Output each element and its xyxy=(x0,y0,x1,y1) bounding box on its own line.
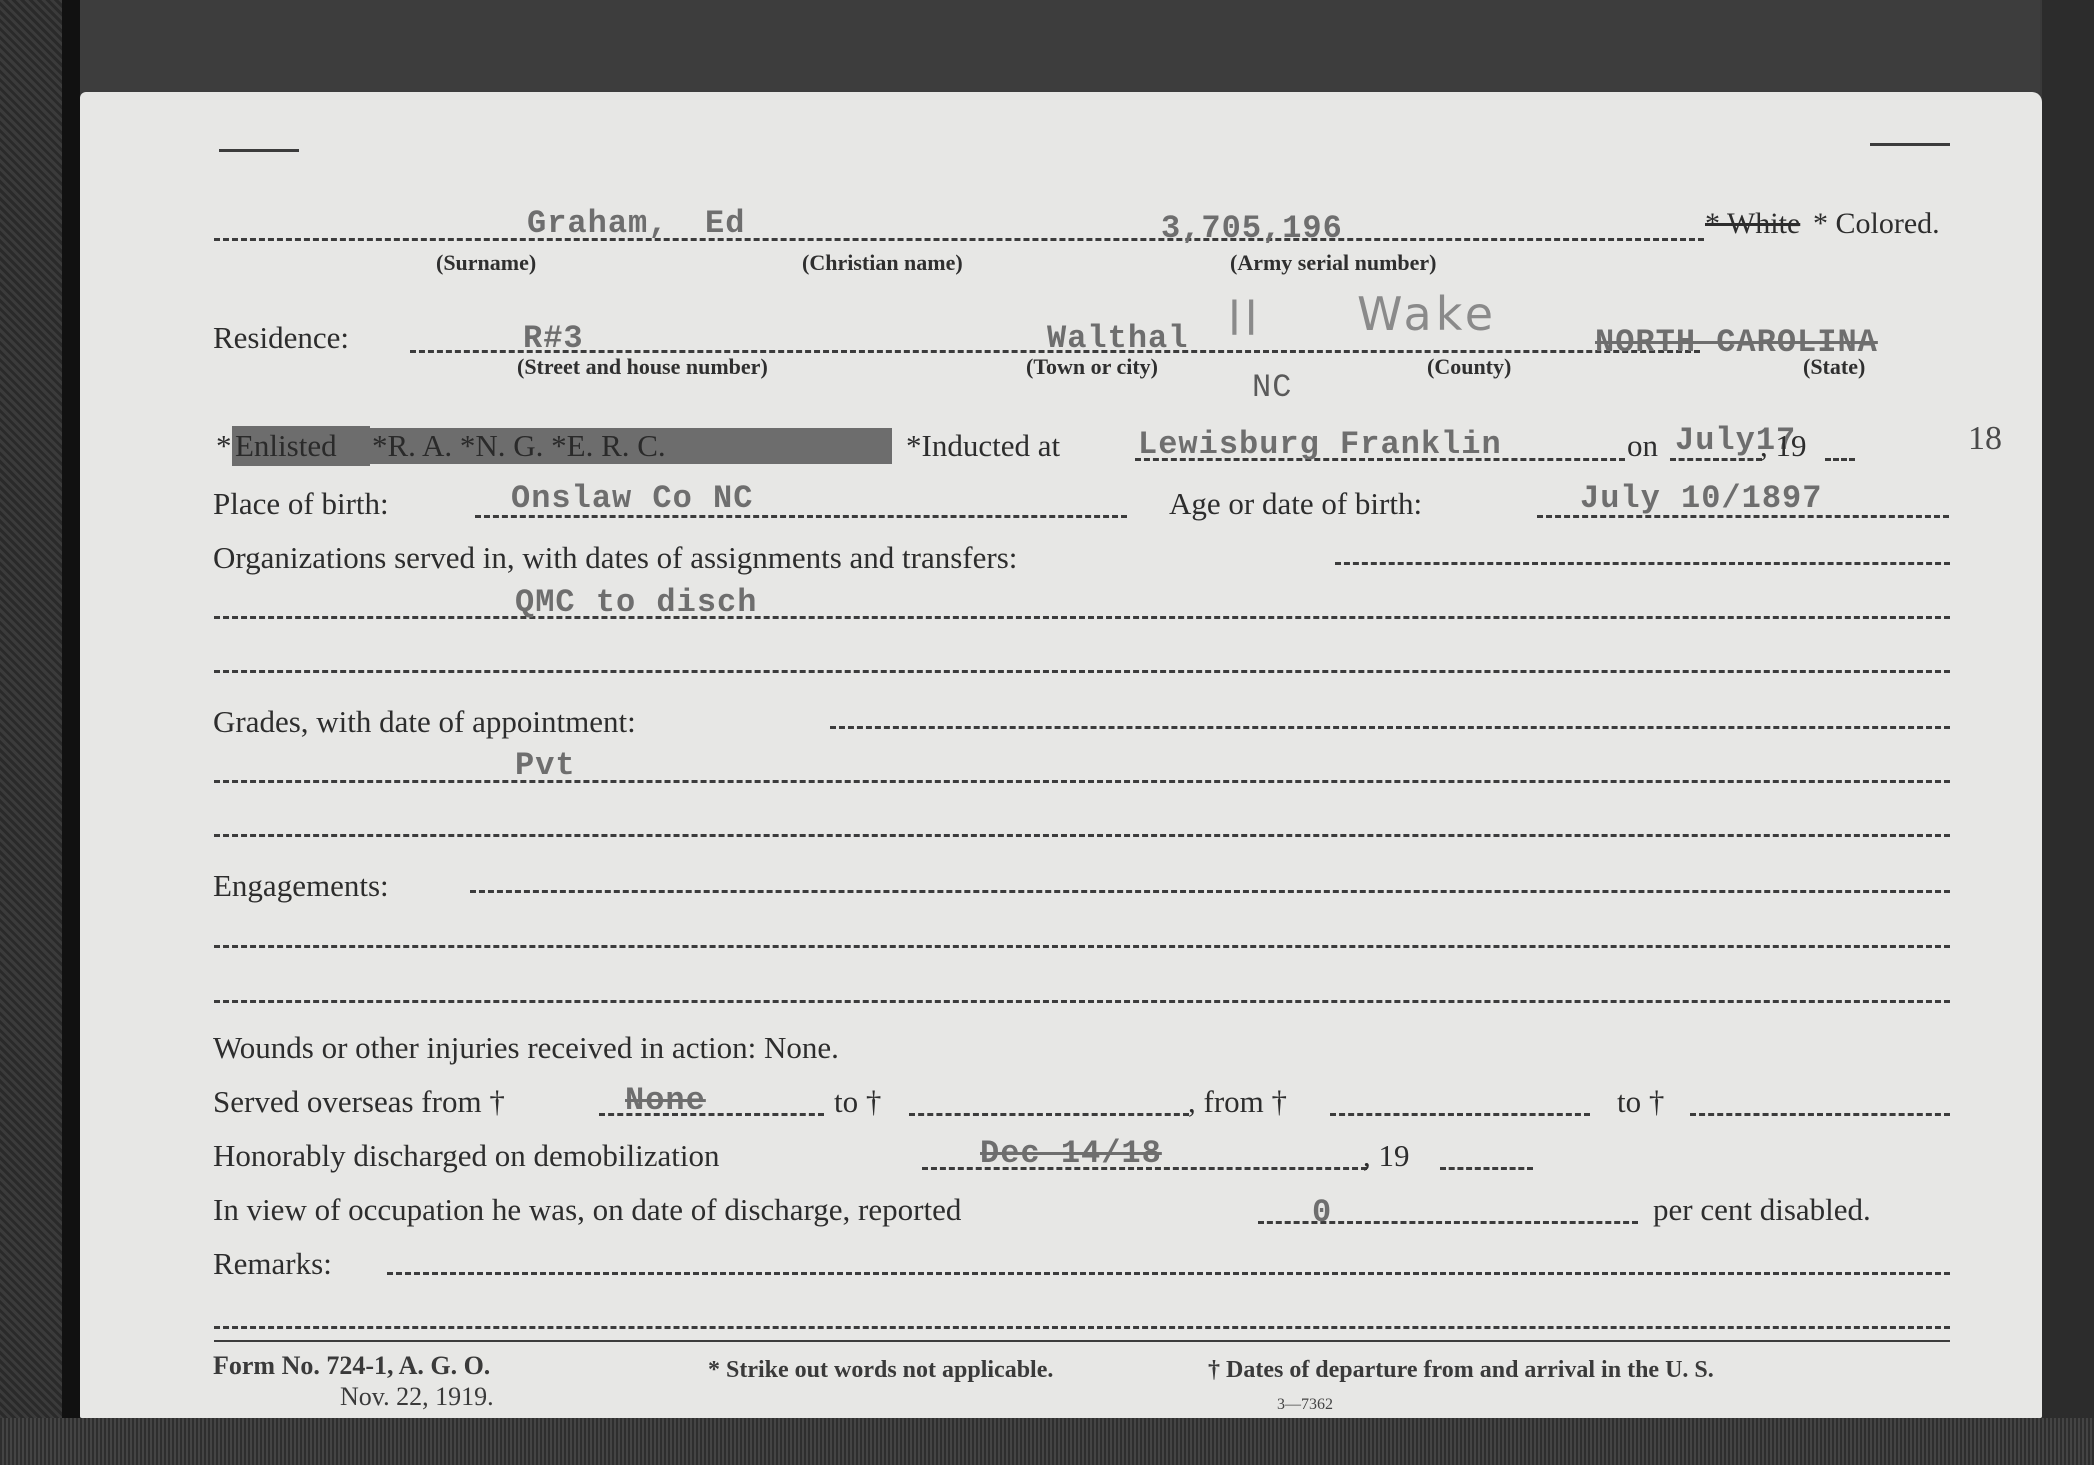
footer-rule xyxy=(214,1340,1950,1342)
on-label: on xyxy=(1627,428,1658,464)
wounds-label: Wounds or other injuries received in act… xyxy=(213,1030,839,1066)
overseas-to2-label: to † xyxy=(1617,1084,1664,1120)
organizations-line-1 xyxy=(1335,562,1950,565)
street-label: (Street and house number) xyxy=(517,354,768,380)
discharge-year-label: , 19 xyxy=(1363,1138,1410,1174)
scanner-background-left xyxy=(0,0,62,1465)
service-record-card: Graham, Ed 3,705,196 * White * Colored. … xyxy=(80,92,2042,1418)
induction-year-line xyxy=(1825,458,1855,461)
discharge-value: Dec 14/18 xyxy=(980,1135,1162,1172)
scanner-background-right xyxy=(2042,0,2094,1465)
serial-number-label: (Army serial number) xyxy=(1230,250,1437,276)
overseas-to-line xyxy=(909,1113,1189,1116)
top-left-mark xyxy=(219,149,299,152)
inducted-label: *Inducted at xyxy=(906,428,1060,464)
grades-label: Grades, with date of appointment: xyxy=(213,704,636,740)
grades-line-3 xyxy=(214,834,1950,837)
surname-label: (Surname) xyxy=(436,250,536,276)
induction-year-value: 18 xyxy=(1968,420,2002,458)
place-of-birth-value: Onslaw Co NC xyxy=(511,480,753,517)
remarks-line-2 xyxy=(214,1326,1950,1329)
grades-line-2 xyxy=(214,780,1950,783)
top-right-mark xyxy=(1870,143,1950,146)
form-number: Form No. 724-1, A. G. O. xyxy=(213,1351,490,1381)
christian-name-value: Ed xyxy=(705,205,745,242)
discharge-year-line xyxy=(1440,1167,1533,1170)
grades-value: Pvt xyxy=(515,747,576,784)
residence-label: Residence: xyxy=(213,320,349,356)
christian-name-label: (Christian name) xyxy=(802,250,963,276)
organizations-line-2 xyxy=(214,616,1950,619)
overseas-from-value: None xyxy=(625,1082,706,1119)
dagger-note: † Dates of departure from and arrival in… xyxy=(1208,1357,1714,1384)
remarks-label: Remarks: xyxy=(213,1246,332,1282)
overseas-to-label: to † xyxy=(834,1084,881,1120)
organizations-value: QMC to disch xyxy=(515,584,757,621)
scanner-edge-band xyxy=(62,0,80,1465)
engagements-line-1 xyxy=(470,890,1950,893)
town-handwritten-correction: ll xyxy=(1228,292,1262,346)
organizations-line-3 xyxy=(214,670,1950,673)
overseas-from2-line xyxy=(1330,1113,1590,1116)
engagements-label: Engagements: xyxy=(213,868,389,904)
disability-value: 0 xyxy=(1312,1194,1332,1231)
engagements-line-3 xyxy=(214,1000,1950,1003)
year-prefix: , 19 xyxy=(1760,428,1807,464)
disability-label: In view of occupation he was, on date of… xyxy=(213,1192,961,1228)
overseas-to2-line xyxy=(1690,1113,1950,1116)
inducted-value: Lewisburg Franklin xyxy=(1138,426,1502,463)
enlistment-options: *R. A. *N. G. *E. R. C. xyxy=(372,428,666,464)
age-value: July 10/1897 xyxy=(1580,480,1822,517)
scanner-background-bottom xyxy=(0,1418,2094,1465)
overseas-label: Served overseas from † xyxy=(213,1084,505,1120)
street-value: R#3 xyxy=(523,320,584,357)
discharge-label: Honorably discharged on demobilization xyxy=(213,1138,720,1174)
race-option-colored: * Colored. xyxy=(1813,207,1940,241)
town-value: Walthal xyxy=(1047,320,1188,357)
overseas-from2-label: , from † xyxy=(1188,1084,1287,1120)
town-label: (Town or city) xyxy=(1026,354,1158,380)
place-of-birth-label: Place of birth: xyxy=(213,486,389,522)
grades-line-1 xyxy=(830,726,1950,729)
state-label: (State) xyxy=(1803,354,1865,380)
surname-value: Graham, xyxy=(527,205,668,242)
enlisted-option: Enlisted xyxy=(235,428,337,464)
county-value: Wake xyxy=(1357,287,1497,341)
race-option-white: * White xyxy=(1705,207,1800,241)
name-line xyxy=(214,238,1704,241)
scanner-background-top xyxy=(80,0,2040,92)
remarks-line-1 xyxy=(387,1272,1950,1275)
form-date: Nov. 22, 1919. xyxy=(340,1382,494,1412)
state-abbrev-value: NC xyxy=(1252,369,1292,406)
serial-number-value: 3,705,196 xyxy=(1161,210,1343,247)
enlisted-star: * xyxy=(216,428,232,464)
strike-out-note: * Strike out words not applicable. xyxy=(708,1357,1053,1384)
organizations-label: Organizations served in, with dates of a… xyxy=(213,540,1017,576)
disability-suffix: per cent disabled. xyxy=(1653,1192,1871,1228)
engagements-line-2 xyxy=(214,945,1950,948)
age-label: Age or date of birth: xyxy=(1169,486,1422,522)
county-label: (County) xyxy=(1427,354,1511,380)
print-code: 3—7362 xyxy=(1277,1396,1333,1414)
